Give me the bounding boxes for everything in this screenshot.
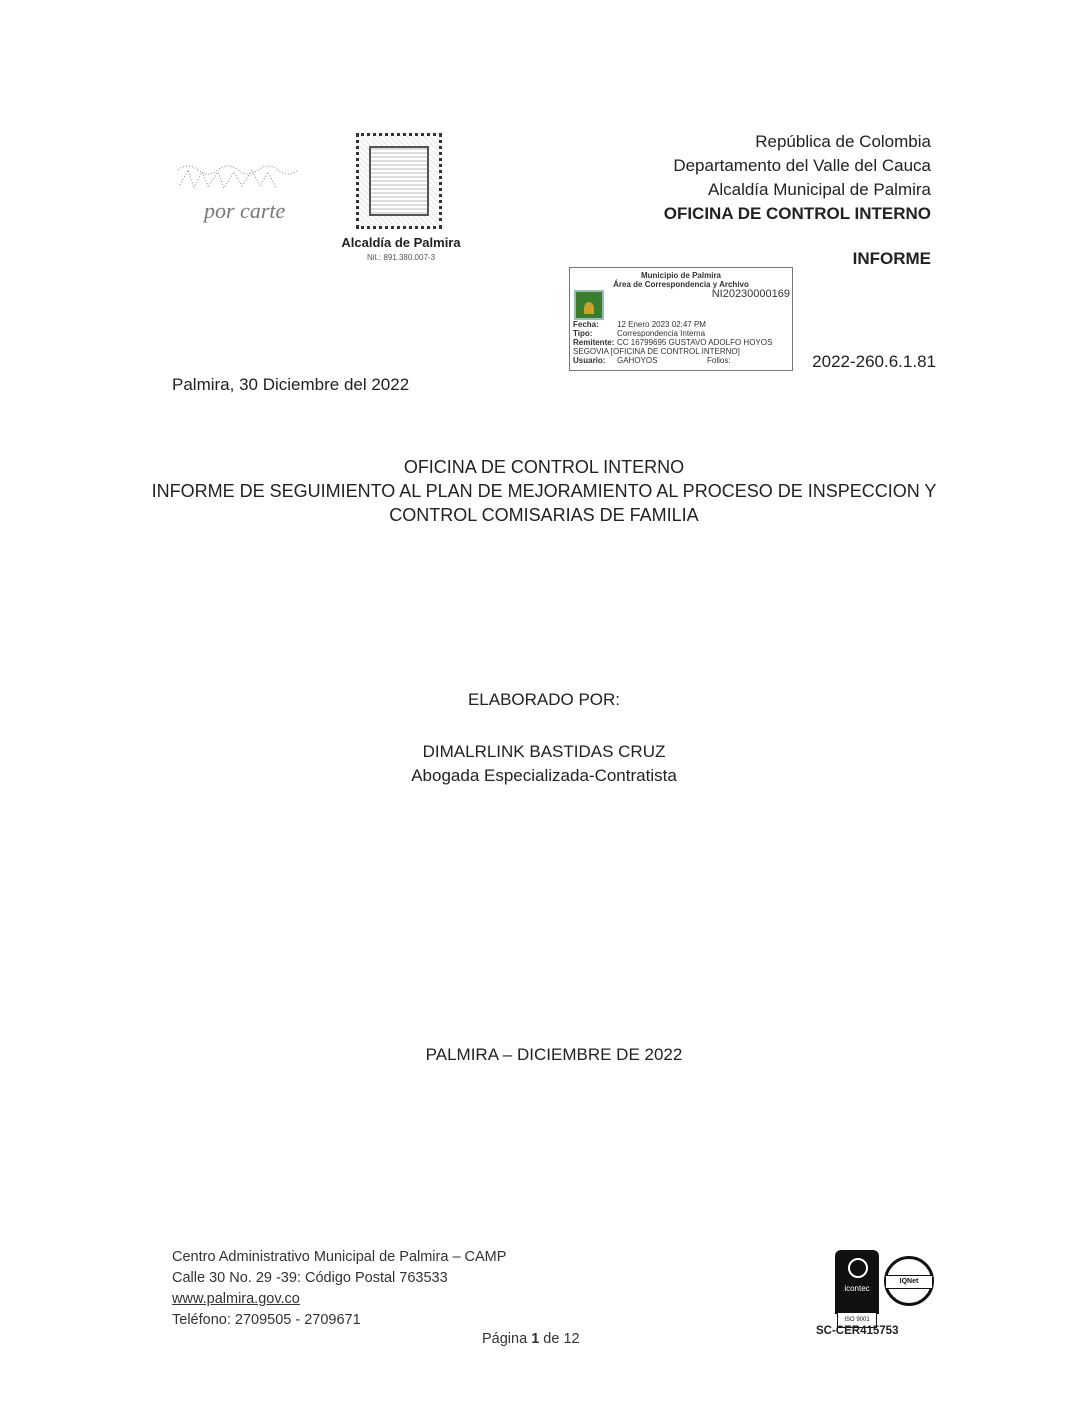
signature-watermark: por carte	[168, 150, 328, 230]
stamp-remitente-label: Remitente:	[573, 338, 617, 347]
author-block: DIMALRLINK BASTIDAS CRUZ Abogada Especia…	[0, 740, 1088, 788]
page-sep: de	[543, 1331, 559, 1347]
icontec-ring-icon	[848, 1258, 868, 1278]
alcaldia-name: Alcaldía de Palmira	[336, 235, 466, 250]
alcaldia-nit: Nit.: 891.380.007-3	[336, 253, 466, 262]
date-line: Palmira, 30 Diciembre del 2022	[172, 375, 409, 395]
stamp-remitente-cont: SEGOVIA [OFICINA DE CONTROL INTERNO]	[573, 347, 740, 356]
header-institution: República de Colombia Departamento del V…	[664, 130, 931, 226]
stamp-logo-icon	[574, 290, 604, 320]
footer-phone: Teléfono: 2709505 - 2709671	[172, 1310, 506, 1331]
page-number: Página 1 de 12	[482, 1331, 580, 1347]
stamp-folios-label: Folios:	[707, 356, 731, 365]
iqnet-label: IQNet	[885, 1275, 933, 1289]
iqnet-certification-logo: IQNet	[884, 1256, 934, 1306]
municipality-line: Alcaldía Municipal de Palmira	[664, 178, 931, 202]
prepared-by-label: ELABORADO POR:	[0, 690, 1088, 710]
svg-text:por carte: por carte	[202, 198, 286, 223]
title-line-3: CONTROL COMISARIAS DE FAMILIA	[0, 503, 1088, 527]
stamp-usuario: GAHOYOS	[617, 356, 707, 365]
document-type: INFORME	[853, 249, 931, 269]
page-total: 12	[563, 1331, 579, 1347]
place-date: PALMIRA – DICIEMBRE DE 2022	[0, 1045, 1088, 1065]
icontec-certification-logo: icontec ISO 9001	[835, 1250, 879, 1314]
stamp-fecha: 12 Enero 2023 02:47 PM	[617, 320, 706, 329]
alcaldia-crest-logo	[356, 133, 442, 229]
country-line: República de Colombia	[664, 130, 931, 154]
website-link[interactable]: www.palmira.gov.co	[172, 1291, 300, 1307]
footer-address: Centro Administrativo Municipal de Palmi…	[172, 1247, 506, 1331]
page-current: 1	[531, 1331, 539, 1347]
title-line-2: INFORME DE SEGUIMIENTO AL PLAN DE MEJORA…	[0, 479, 1088, 503]
correspondence-stamp: Municipio de Palmira Área de Corresponde…	[569, 267, 793, 371]
stamp-usuario-label: Usuario:	[573, 356, 617, 365]
stamp-municipality: Municipio de Palmira	[570, 271, 792, 280]
author-name: DIMALRLINK BASTIDAS CRUZ	[0, 740, 1088, 764]
stamp-tipo-label: Tipo:	[573, 329, 617, 338]
footer-center: Centro Administrativo Municipal de Palmi…	[172, 1247, 506, 1268]
stamp-remitente: CC 16799695 GUSTAVO ADOLFO HOYOS	[617, 338, 772, 347]
stamp-fecha-label: Fecha:	[573, 320, 617, 329]
page-prefix: Página	[482, 1331, 527, 1347]
reference-number: 2022-260.6.1.81	[812, 352, 936, 372]
author-role: Abogada Especializada-Contratista	[0, 764, 1088, 788]
icontec-label: icontec	[835, 1284, 879, 1293]
footer-street: Calle 30 No. 29 -39: Código Postal 76353…	[172, 1268, 506, 1289]
stamp-tipo: Correspondencia Interna	[617, 329, 705, 338]
report-title: OFICINA DE CONTROL INTERNO INFORME DE SE…	[0, 455, 1088, 527]
department-line: Departamento del Valle del Cauca	[664, 154, 931, 178]
stamp-radicado: NI20230000169	[712, 290, 790, 299]
title-line-1: OFICINA DE CONTROL INTERNO	[0, 455, 1088, 479]
certificate-code: SC-CER415753	[816, 1325, 898, 1337]
office-line: OFICINA DE CONTROL INTERNO	[664, 202, 931, 226]
